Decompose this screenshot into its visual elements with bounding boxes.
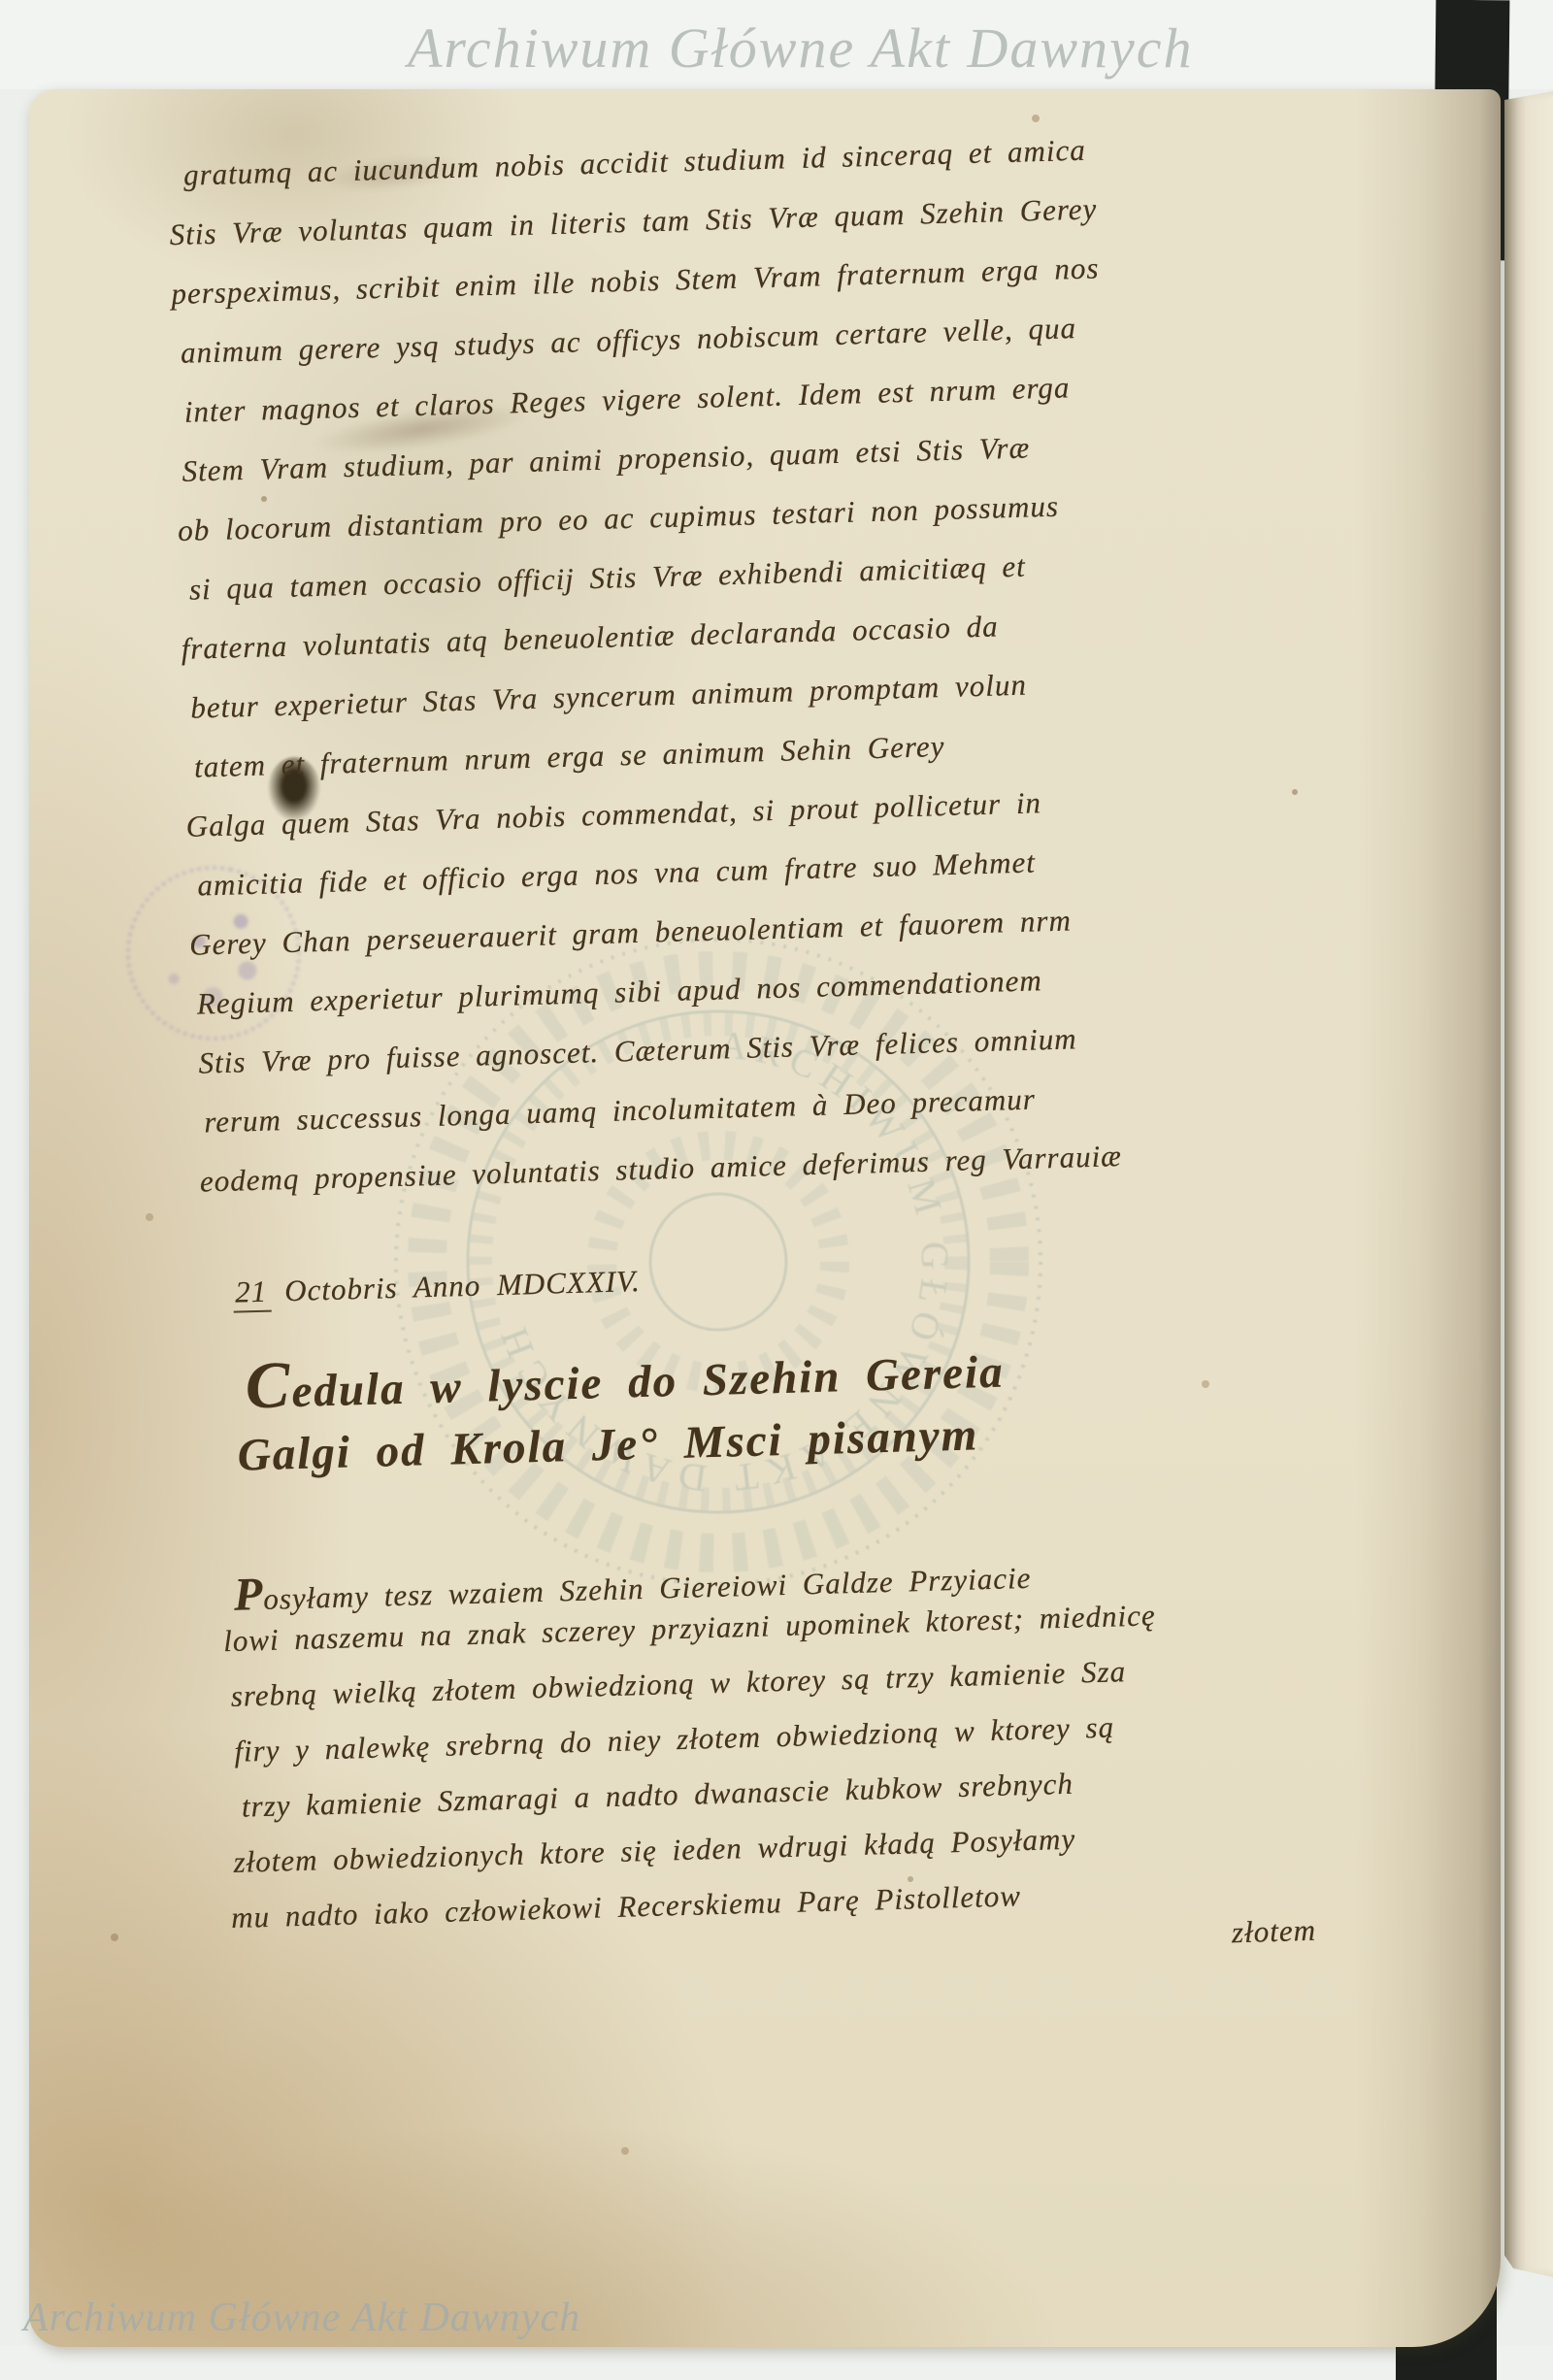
catchword: złotem (1232, 1913, 1317, 1950)
date-day: 21 (233, 1274, 272, 1313)
handwritten-text: gratumq ac iucundum nobis accidit studiu… (29, 89, 1501, 2347)
archive-watermark-top: Archiwum Główne Akt Dawnych (408, 16, 1194, 81)
polish-text-block: Posyłamy tesz wzaiem Szehin Giereiowi Ga… (221, 1542, 1164, 1956)
page-fold-shadow (1355, 89, 1501, 2347)
manuscript-page: ARCHIWUM GŁÓWNE AKT DAWNYCH gratumq ac i… (29, 89, 1501, 2347)
paper-speckles (29, 89, 33, 93)
cedula-heading: Cedula w lyscie do Szehin Gereia Galgi o… (245, 1327, 1008, 1511)
date-rest: Octobris Anno MDCXXIV. (284, 1264, 641, 1307)
adjacent-page-edge (1504, 91, 1553, 2277)
date-line: 21Octobris Anno MDCXXIV. (233, 1264, 641, 1310)
latin-letter-block: gratumq ac iucundum nobis accidit studiu… (168, 132, 1126, 1223)
scanned-document-view: ARCHIWUM GŁÓWNE AKT DAWNYCH gratumq ac i… (0, 0, 1553, 2380)
